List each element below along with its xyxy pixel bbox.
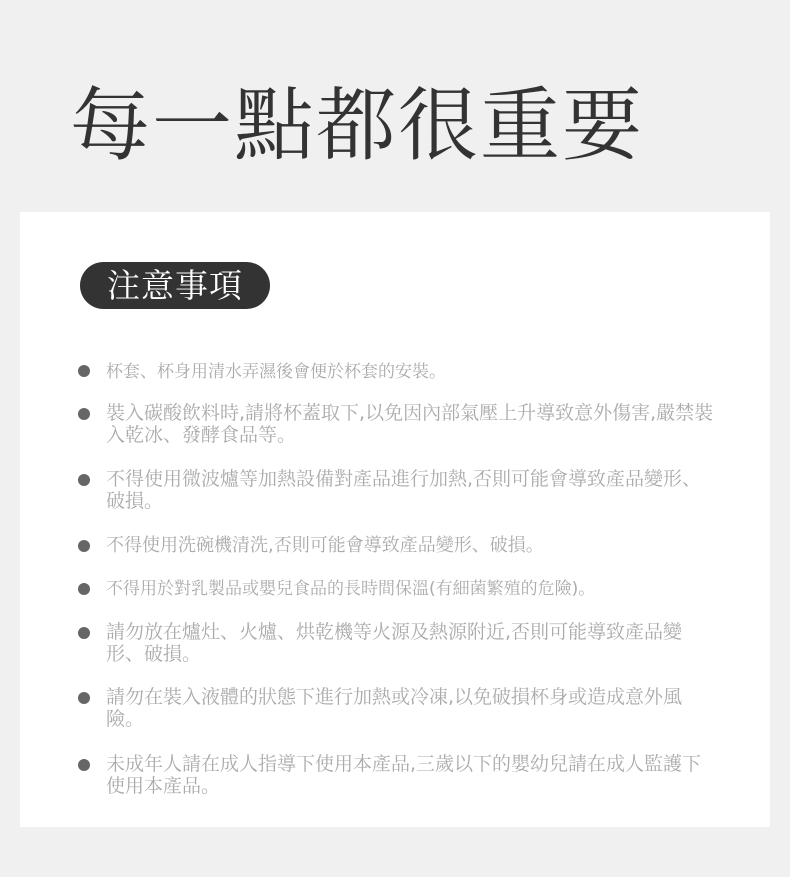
list-item: 不得使用洗碗機清洗,否則可能會導致產品變形、破損。 [78,535,718,557]
bullet-icon [78,627,90,639]
note-text: 請勿放在爐灶、火爐、烘乾機等火源及熱源附近,否則可能導致產品變形、破損。 [106,621,718,665]
bullet-icon [78,692,90,704]
notice-card: 注意事項 杯套、杯身用清水弄濕後會便於杯套的安裝。 裝入碳酸飲料時,請將杯蓋取下… [20,212,770,827]
note-text: 不得使用微波爐等加熱設備對產品進行加熱,否則可能會導致產品變形、破損。 [106,468,718,512]
bullet-icon [78,540,90,552]
list-item: 杯套、杯身用清水弄濕後會便於杯套的安裝。 [78,361,718,383]
list-item: 不得用於對乳製品或嬰兒食品的長時間保溫(有細菌繁殖的危險)。 [78,578,718,600]
bullet-icon [78,408,90,420]
bullet-icon [78,474,90,486]
bullet-icon [78,365,90,377]
bullet-icon [78,759,90,771]
note-text: 不得用於對乳製品或嬰兒食品的長時間保溫(有細菌繁殖的危險)。 [106,578,595,600]
list-item: 不得使用微波爐等加熱設備對產品進行加熱,否則可能會導致產品變形、破損。 [78,468,718,512]
page-headline: 每一點都很重要 [70,78,644,174]
note-text: 未成年人請在成人指導下使用本產品,三歲以下的嬰幼兒請在成人監護下使用本產品。 [106,753,718,797]
note-text: 請勿在裝入液體的狀態下進行加熱或冷凍,以免破損杯身或造成意外風險。 [106,686,718,730]
list-item: 未成年人請在成人指導下使用本產品,三歲以下的嬰幼兒請在成人監護下使用本產品。 [78,753,718,797]
list-item: 請勿放在爐灶、火爐、烘乾機等火源及熱源附近,否則可能導致產品變形、破損。 [78,621,718,665]
bullet-icon [78,583,90,595]
note-text: 不得使用洗碗機清洗,否則可能會導致產品變形、破損。 [106,535,544,557]
list-item: 請勿在裝入液體的狀態下進行加熱或冷凍,以免破損杯身或造成意外風險。 [78,686,718,730]
section-title-badge: 注意事項 [80,262,270,309]
note-text: 杯套、杯身用清水弄濕後會便於杯套的安裝。 [106,361,446,383]
note-text: 裝入碳酸飲料時,請將杯蓋取下,以免因內部氣壓上升導致意外傷害,嚴禁裝入乾冰、發酵… [106,402,718,446]
list-item: 裝入碳酸飲料時,請將杯蓋取下,以免因內部氣壓上升導致意外傷害,嚴禁裝入乾冰、發酵… [78,402,718,446]
